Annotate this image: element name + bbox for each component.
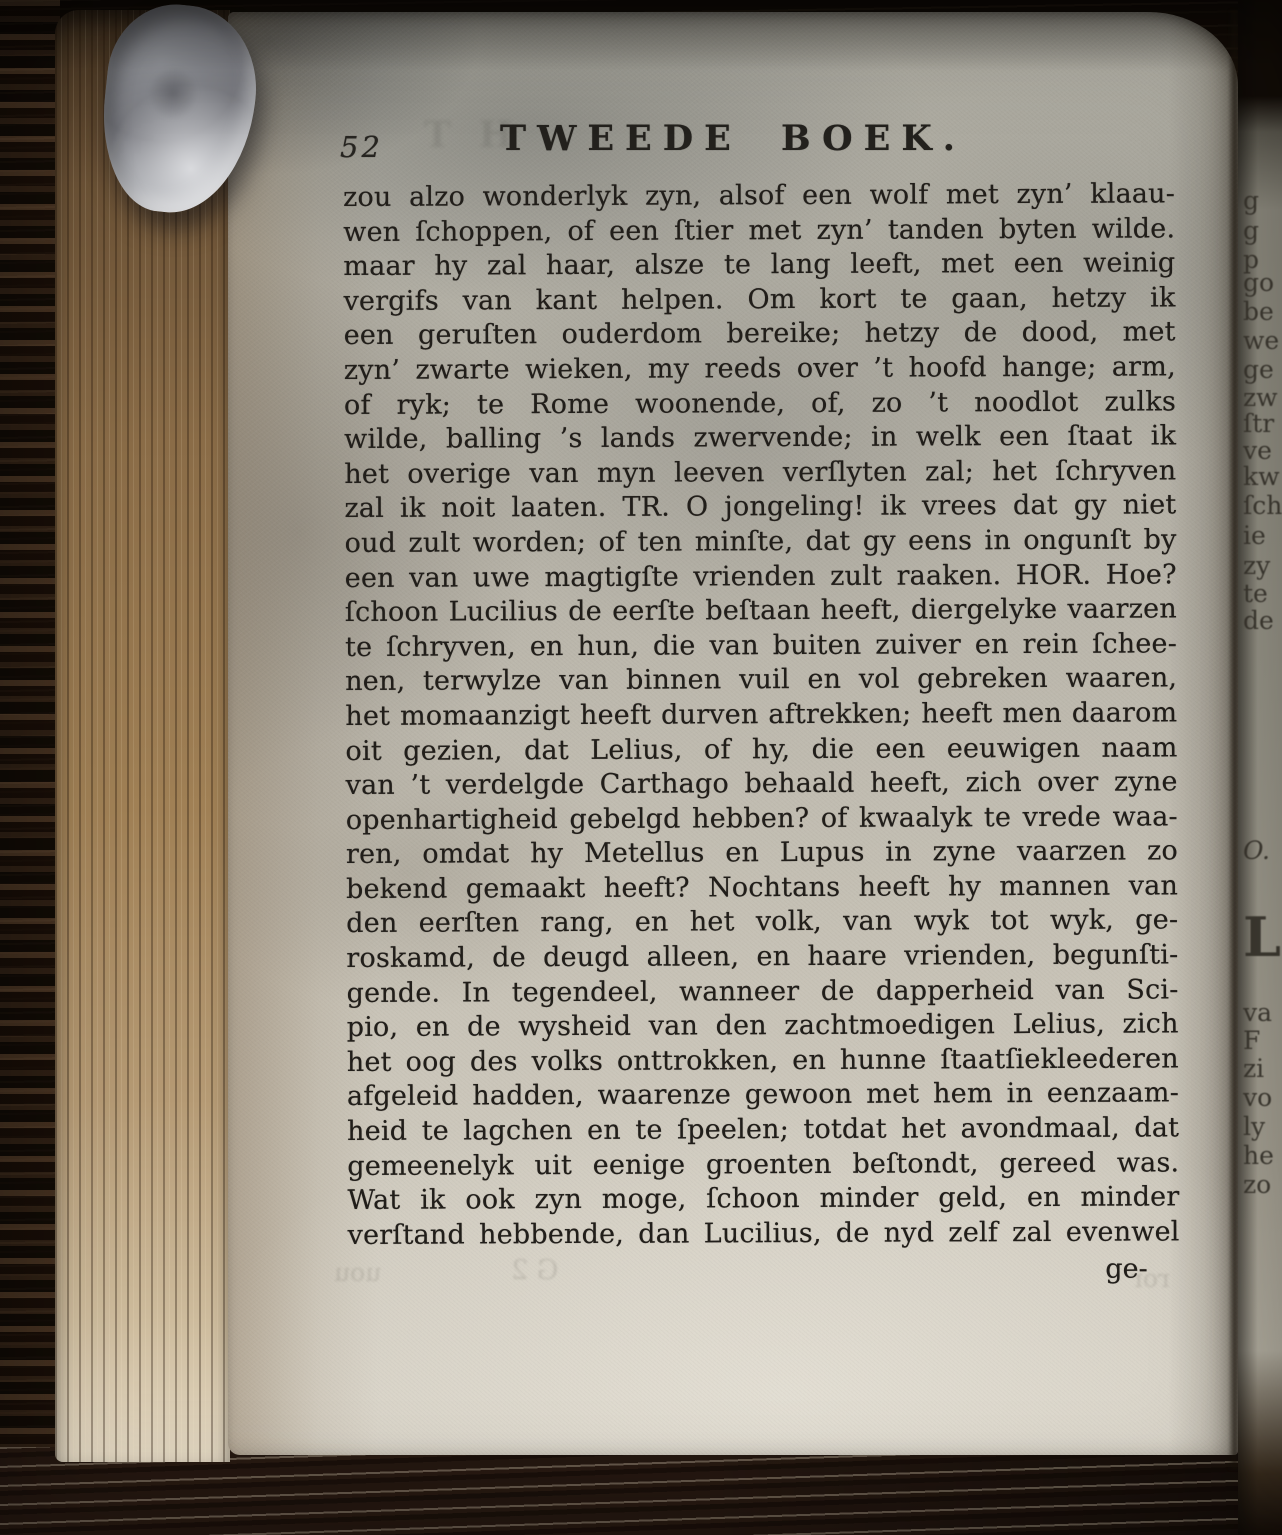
body-line: oud zult worden; of ten minſte, dat gy e… (345, 523, 1177, 561)
facing-page-sliver: g g p go be we ge zw ſtr ve kw ſch ie zy… (1238, 0, 1282, 1535)
body-line: een van uwe magtigſte vrienden zult raak… (345, 558, 1177, 596)
book-photograph: TH 52 TWEEDE BOEK. zou alzo wonderlyk zy… (0, 0, 1282, 1535)
bleedthrough-mark: ror (1131, 1264, 1170, 1293)
body-line: Wat ik ook zyn moge, ſchoon minder geld,… (347, 1181, 1179, 1219)
body-line: ſchoon Lucilius de eerſte beſtaan heeft,… (345, 592, 1177, 630)
edge-fragment: de (1243, 606, 1282, 635)
wood-grain-left (0, 0, 60, 1535)
body-line: zou alzo wonderlyk zyn, alsof een wolf m… (343, 177, 1175, 215)
body-line: oit gezien, dat Lelius, of hy, die een e… (345, 731, 1177, 769)
edge-fragment: ge (1243, 355, 1282, 384)
body-line: den eerſten rang, en het volk, van wyk t… (346, 904, 1178, 942)
body-line: afgeleid hadden, waarenze gewoon met hem… (347, 1077, 1179, 1115)
body-line: van ’t verdelgde Carthago behaald heeft,… (346, 765, 1178, 803)
body-line: gende. In tegendeel, wanneer de dapperhe… (346, 973, 1178, 1011)
book-binding-page-edges (55, 10, 230, 1462)
bleedthrough-mark: uou (334, 1258, 381, 1287)
body-line: bekend gemaakt heeft? Nochtans heeft hy … (346, 869, 1178, 907)
body-line: nen, terwylze van binnen vuil en vol geb… (345, 662, 1177, 700)
body-line: ren, omdat hy Metellus en Lupus in zyne … (346, 835, 1178, 873)
edge-fragment: ve (1243, 436, 1282, 465)
edge-fragment: we (1243, 326, 1282, 355)
edge-fragment: ly (1243, 1112, 1282, 1141)
edge-fragment: vo (1243, 1083, 1282, 1112)
body-line: verſtand hebbende, dan Lucilius, de nyd … (348, 1215, 1180, 1253)
body-line: maar hy zal haar, alsze te lang leeft, m… (343, 247, 1175, 285)
edge-fragment: ſtr (1243, 409, 1282, 438)
edge-fragment: ie (1243, 521, 1282, 550)
edge-fragment: zi (1243, 1054, 1282, 1083)
body-line: of ryk; te Rome woonende, of, zo ’t nood… (344, 385, 1176, 423)
body-line: het overige van myn leeven verſlyten zal… (344, 454, 1176, 492)
edge-fragment: be (1243, 297, 1282, 326)
edge-fragment: O. (1243, 836, 1282, 865)
edge-fragment: te (1243, 579, 1282, 608)
edge-fragment: va (1243, 998, 1282, 1027)
edge-fragment: zo (1243, 1170, 1282, 1199)
catchword: ge- (348, 1253, 1180, 1291)
body-text: zou alzo wonderlyk zyn, alsof een wolf m… (343, 177, 1180, 1291)
book-page: TH 52 TWEEDE BOEK. zou alzo wonderlyk zy… (228, 12, 1238, 1455)
body-line: gemeenelyk uit eenige groenten beſtondt,… (347, 1146, 1179, 1184)
edge-fragment: g (1243, 216, 1282, 245)
page-number: 52 (340, 130, 383, 164)
edge-fragment: go (1243, 268, 1282, 297)
body-line: wilde, balling ’s lands zwervende; in we… (344, 420, 1176, 458)
body-line: roskamd, de deugd alleen, en haare vrien… (346, 938, 1178, 976)
edge-dropcap-fragment: L (1243, 905, 1282, 969)
edge-fragment: kw (1243, 462, 1282, 491)
edge-fragment: F (1243, 1026, 1282, 1055)
edge-fragment: ſch (1243, 491, 1282, 520)
edge-fragment: he (1243, 1141, 1282, 1170)
body-line: pio, en de wysheid van den zachtmoedigen… (347, 1008, 1179, 1046)
body-line: heid te lagchen en te ſpeelen; totdat he… (347, 1111, 1179, 1149)
bleedthrough-signature-mark: G 2 (511, 1255, 558, 1286)
edge-fragment: g (1243, 186, 1282, 215)
body-line: wen ſchoppen, of een ſtier met zyn’ tand… (343, 212, 1175, 250)
running-title: TWEEDE BOEK. (500, 118, 966, 159)
body-line: zyn’ zwarte wieken, my reeds over ’t hoo… (344, 350, 1176, 388)
body-line: vergifs van kant helpen. Om kort te gaan… (343, 281, 1175, 319)
edge-fragment: zw (1243, 383, 1282, 412)
edge-fragment: zy (1243, 551, 1282, 580)
body-line: het oog des volks onttrokken, en hunne ſ… (347, 1042, 1179, 1080)
body-line: het momaanzigt heeft durven aftrekken; h… (345, 696, 1177, 734)
body-line: openhartigheid gebelgd hebben? of kwaaly… (346, 800, 1178, 838)
body-line: te ſchryven, en hun, die van buiten zuiv… (345, 627, 1177, 665)
body-line: zal ik noit laaten. TR. O jongeling! ik … (344, 489, 1176, 527)
body-line: een geruſten ouderdom bereike; hetzy de … (344, 316, 1176, 354)
